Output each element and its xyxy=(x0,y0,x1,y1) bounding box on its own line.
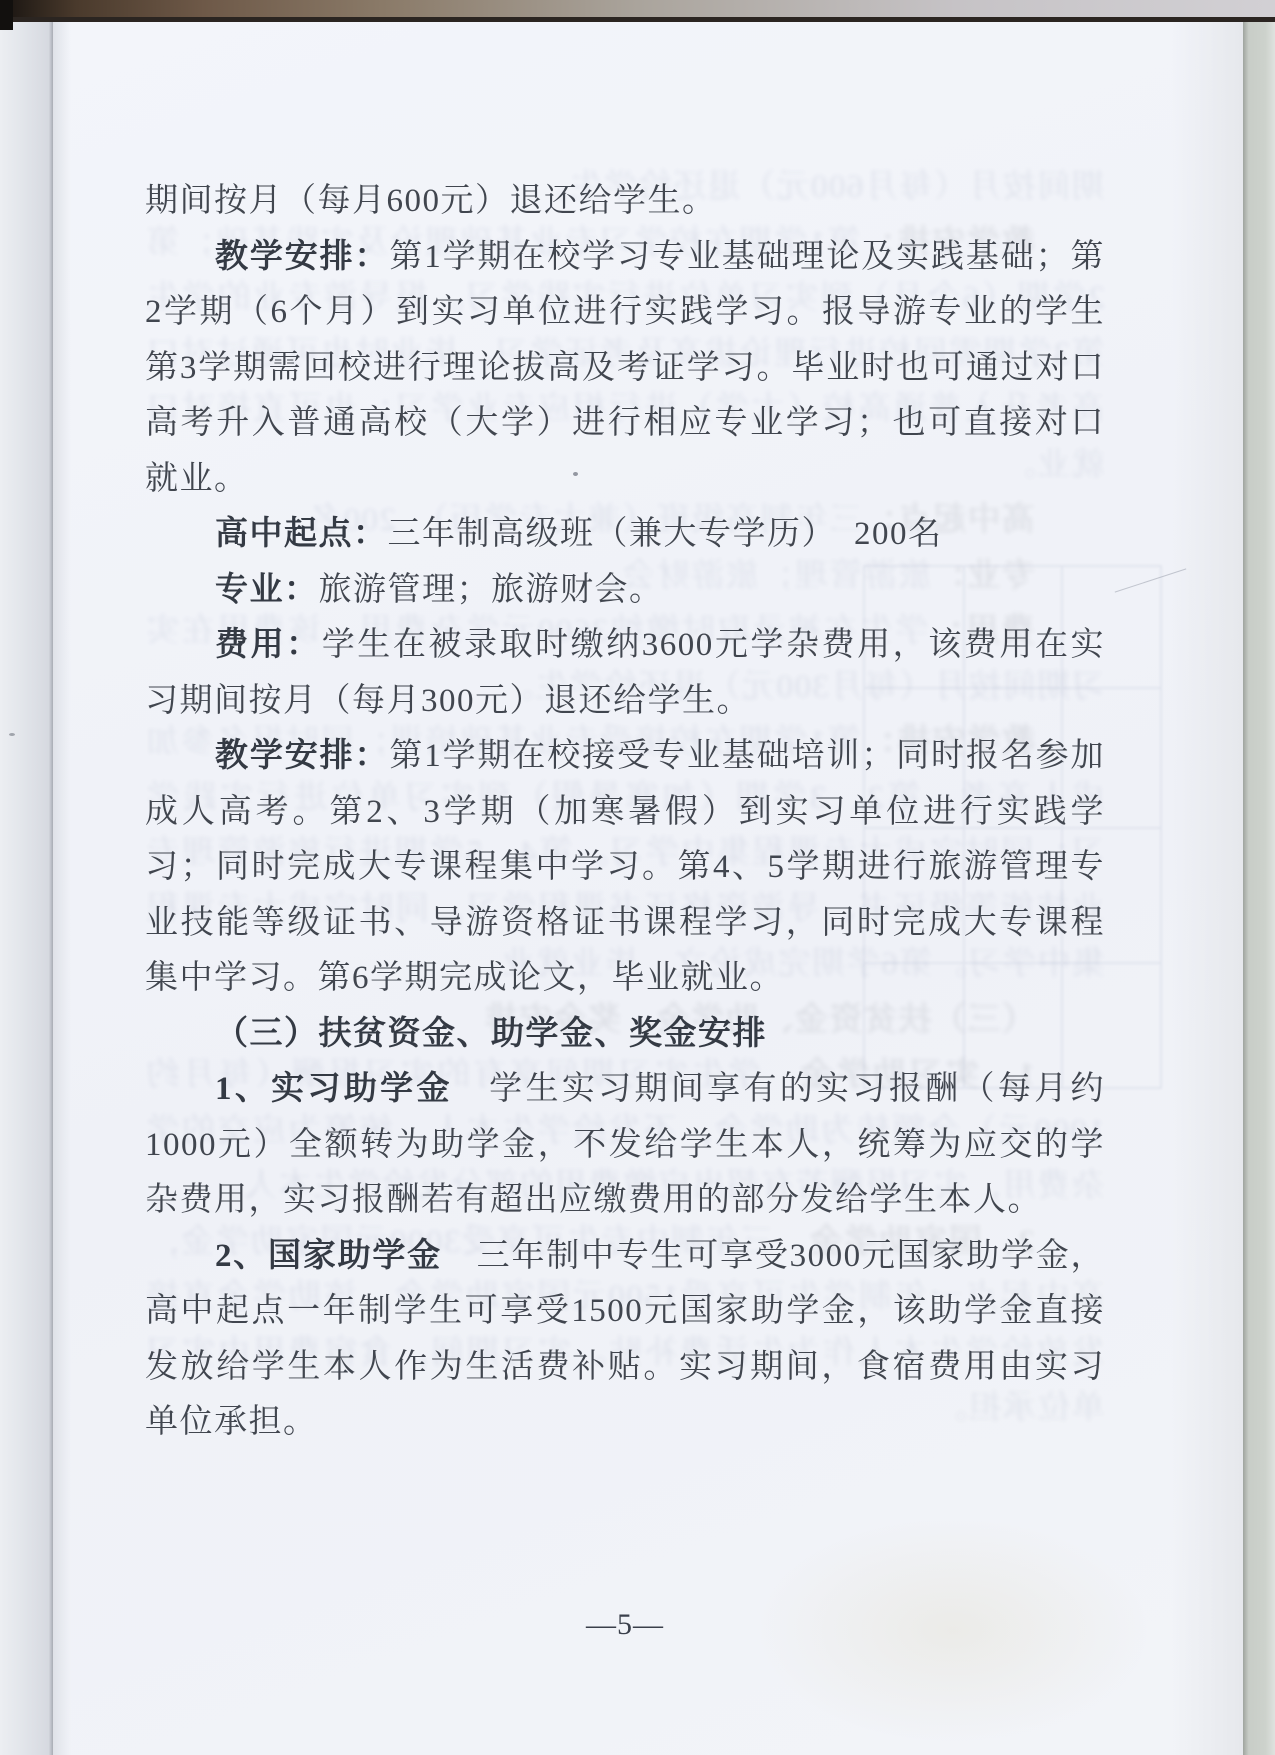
left-page-fold xyxy=(0,17,53,1755)
text-line: 专业：旅游管理；旅游财会。 xyxy=(145,563,1105,619)
text-run: 1000元）全额转为助学金，不发给学生本人，统筹为应交的学 xyxy=(145,1127,1105,1163)
text-run: 三年制中专生可享受3000元国家助学金， xyxy=(442,1238,1105,1274)
text-line: 业技能等级证书、导游资格证书课程学习，同时完成大专课程 xyxy=(145,896,1105,952)
text-line: 2学期（6个月）到实习单位进行实践学习。报导游专业的学生 xyxy=(145,285,1105,341)
text-line: 习期间按月（每月300元）退还给学生。 xyxy=(145,674,1105,730)
text-run: 杂费用，实习报酬若有超出应缴费用的部分发给学生本人。 xyxy=(145,1182,1042,1218)
scan-corner-artifact xyxy=(0,0,13,30)
text-run: 旅游管理；旅游财会。 xyxy=(319,572,664,608)
text-run: 学生实习期间享有的实习报酬（每月约 xyxy=(453,1071,1105,1107)
text-run: 业技能等级证书、导游资格证书课程学习，同时完成大专课程 xyxy=(145,905,1105,941)
text-run: 高中起点一年制学生可享受1500元国家助学金，该助学金直接 xyxy=(145,1293,1105,1329)
text-line: （三）扶贫资金、助学金、奖金安排 xyxy=(145,1007,1105,1063)
bold-run: 教学安排： xyxy=(215,738,389,774)
dust-speck xyxy=(9,733,15,736)
bold-run: 教学安排： xyxy=(215,239,389,275)
text-run: 单位承担。 xyxy=(145,1404,318,1440)
text-run: 集中学习。第6学期完成论文，毕业就业。 xyxy=(145,960,784,996)
text-run: 第1学期在校接受专业基础培训；同时报名参加 xyxy=(389,738,1105,774)
page-number: —5— xyxy=(145,1608,1105,1642)
bold-run: 高中起点： xyxy=(215,516,388,552)
text-line: 高考升入普通高校（大学）进行相应专业学习；也可直接对口 xyxy=(145,396,1105,452)
text-run: 第1学期在校学习专业基础理论及实践基础；第 xyxy=(389,239,1105,275)
paper-scratch xyxy=(1115,568,1187,592)
text-line: 1、实习助学金 学生实习期间享有的实习报酬（每月约 xyxy=(145,1062,1105,1118)
text-run: 期间按月（每月600元）退还给学生。 xyxy=(145,183,717,219)
text-run: 学生在被录取时缴纳3600元学杂费用，该费用在实 xyxy=(322,627,1105,663)
text-line: 教学安排：第1学期在校学习专业基础理论及实践基础；第 xyxy=(145,230,1105,286)
text-line: 杂费用，实习报酬若有超出应缴费用的部分发给学生本人。 xyxy=(145,1173,1105,1229)
scanned-document-page: 期间按月（每月600元）退还给学生。教学安排：第1学期在校学习专业基础理论及实践… xyxy=(0,0,1275,1755)
text-line: 高中起点一年制学生可享受1500元国家助学金，该助学金直接 xyxy=(145,1284,1105,1340)
text-line: 单位承担。 xyxy=(145,1395,1105,1451)
bold-run: 专业： xyxy=(215,572,319,608)
text-line: 教学安排：第1学期在校接受专业基础培训；同时报名参加 xyxy=(145,729,1105,785)
text-run: 发放给学生本人作为生活费补贴。实习期间，食宿费用由实习 xyxy=(145,1349,1105,1385)
document-text: 期间按月（每月600元）退还给学生。教学安排：第1学期在校学习专业基础理论及实践… xyxy=(145,174,1105,1451)
bold-run: 1、实习助学金 xyxy=(215,1071,453,1107)
text-line: 就业。 xyxy=(145,452,1105,508)
text-run: 高考升入普通高校（大学）进行相应专业学习；也可直接对口 xyxy=(145,405,1105,441)
right-scan-band xyxy=(1243,12,1275,1755)
text-run: 习；同时完成大专课程集中学习。第4、5学期进行旅游管理专 xyxy=(145,849,1105,885)
text-run: 三年制高级班（兼大专学历） 200名 xyxy=(388,516,943,552)
text-line: 高中起点：三年制高级班（兼大专学历） 200名 xyxy=(145,507,1105,563)
text-run: 第3学期需回校进行理论拔高及考证学习。毕业时也可通过对口 xyxy=(145,350,1105,386)
text-line: 2、国家助学金 三年制中专生可享受3000元国家助学金， xyxy=(145,1229,1105,1285)
text-run: 习期间按月（每月300元）退还给学生。 xyxy=(145,683,751,719)
text-run: 2学期（6个月）到实习单位进行实践学习。报导游专业的学生 xyxy=(145,294,1105,330)
text-line: 费用：学生在被录取时缴纳3600元学杂费用，该费用在实 xyxy=(145,618,1105,674)
text-line: 第3学期需回校进行理论拔高及考证学习。毕业时也可通过对口 xyxy=(145,341,1105,397)
text-line: 1000元）全额转为助学金，不发给学生本人，统筹为应交的学 xyxy=(145,1118,1105,1174)
scan-top-edge xyxy=(0,0,1275,22)
bold-run: 费用： xyxy=(215,627,322,663)
text-run: 就业。 xyxy=(145,461,249,497)
text-line: 期间按月（每月600元）退还给学生。 xyxy=(145,174,1105,230)
text-line: 集中学习。第6学期完成论文，毕业就业。 xyxy=(145,951,1105,1007)
text-line: 发放给学生本人作为生活费补贴。实习期间，食宿费用由实习 xyxy=(145,1340,1105,1396)
bold-run: （三）扶贫资金、助学金、奖金安排 xyxy=(215,1016,767,1052)
text-line: 成人高考。第2、3学期（加寒暑假）到实习单位进行实践学 xyxy=(145,785,1105,841)
bold-run: 2、国家助学金 xyxy=(215,1238,442,1274)
text-line: 习；同时完成大专课程集中学习。第4、5学期进行旅游管理专 xyxy=(145,840,1105,896)
text-run: 成人高考。第2、3学期（加寒暑假）到实习单位进行实践学 xyxy=(145,794,1105,830)
